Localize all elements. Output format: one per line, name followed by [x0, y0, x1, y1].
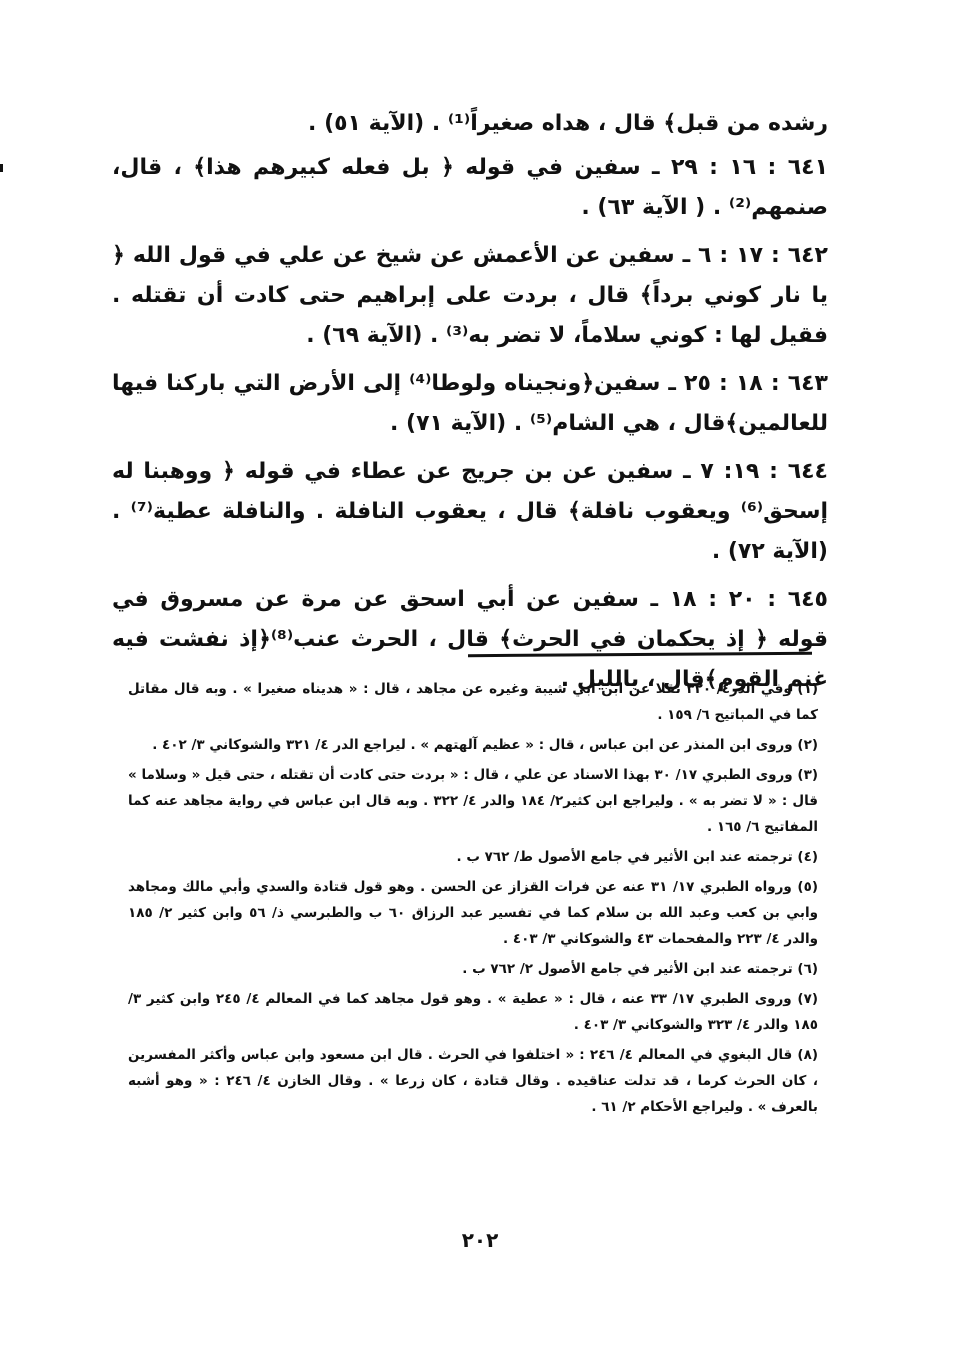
footnote-1: (١) وفي الدر٤/ ٣٢٠ نقلا عن ابن أبي شيبة …: [128, 676, 818, 728]
footnote-marker: (١): [797, 681, 818, 697]
paragraph-continuation: رشده من قبل﴾ قال ، هداه صغيراً⁽¹⁾ . (الآ…: [112, 104, 828, 144]
paragraph-642: ٦٤٢ : ١٧ : ٦ ـ سفين عن الأعمش عن شيخ عن …: [112, 236, 828, 356]
footnote-marker: (٦): [797, 961, 818, 977]
footnote-text: قال البغوي في المعالم ٤/ ٢٤٦ : « اختلفوا…: [128, 1047, 818, 1115]
footnote-marker: (٧): [797, 991, 818, 1007]
footnote-marker: (٨): [797, 1047, 818, 1063]
page-number: ٢٠٢: [430, 1228, 530, 1252]
footnote-text: ترجمته عند ابن الأثير في جامع الأصول ط/ …: [457, 849, 793, 865]
footnote-2: (٢) وروى ابن المنذر عن ابن عباس ، قال : …: [128, 732, 818, 758]
footnote-marker: (٢): [797, 737, 818, 753]
footnote-text: وروى الطبري ١٧/ ٣٠ بهذا الاسناد عن علي ،…: [128, 767, 818, 835]
footnote-6: (٦) ترجمته عند ابن الأثير في جامع الأصول…: [128, 956, 818, 982]
scan-edge-mark: [0, 164, 3, 172]
footnotes-section: (١) وفي الدر٤/ ٣٢٠ نقلا عن ابن أبي شيبة …: [128, 676, 818, 1124]
footnote-marker: (٣): [797, 767, 818, 783]
footnote-marker: (٤): [797, 849, 818, 865]
paragraph-643: ٦٤٣ : ١٨ : ٢٥ ـ سفين﴿ونجيناه ولوطا⁽⁴⁾ إل…: [112, 364, 828, 444]
footnote-5: (٥) ورواه الطبري ١٧/ ٣١ عنه عن فرات القز…: [128, 874, 818, 952]
footnote-text: وروى الطبري ١٧/ ٣٣ عنه ، قال : « عطية » …: [128, 991, 818, 1033]
footnote-marker: (٥): [797, 879, 818, 895]
footnote-7: (٧) وروى الطبري ١٧/ ٣٣ عنه ، قال : « عطي…: [128, 986, 818, 1038]
footnote-text: ترجمته عند ابن الأثير في جامع الأصول ٢/ …: [462, 961, 792, 977]
paragraph-644: ٦٤٤ : ١٩: ٧ ـ سفين عن بن جريج عن عطاء في…: [112, 452, 828, 572]
footnote-text: وفي الدر٤/ ٣٢٠ نقلا عن ابن أبي شيبة وغير…: [128, 681, 818, 723]
footnote-4: (٤) ترجمته عند ابن الأثير في جامع الأصول…: [128, 844, 818, 870]
footnote-8: (٨) قال البغوي في المعالم ٤/ ٢٤٦ : « اخت…: [128, 1042, 818, 1120]
footnote-3: (٣) وروى الطبري ١٧/ ٣٠ بهذا الاسناد عن ع…: [128, 762, 818, 840]
footnote-text: ورواه الطبري ١٧/ ٣١ عنه عن فرات القزاز ع…: [128, 879, 818, 947]
paragraph-641: ٦٤١ : ١٦ : ٢٩ ـ سفين في قوله ﴿ بل فعله ك…: [112, 148, 828, 228]
main-text-body: رشده من قبل﴾ قال ، هداه صغيراً⁽¹⁾ . (الآ…: [112, 104, 828, 708]
footnote-text: وروى ابن المنذر عن ابن عباس ، قال : « عظ…: [152, 737, 793, 753]
